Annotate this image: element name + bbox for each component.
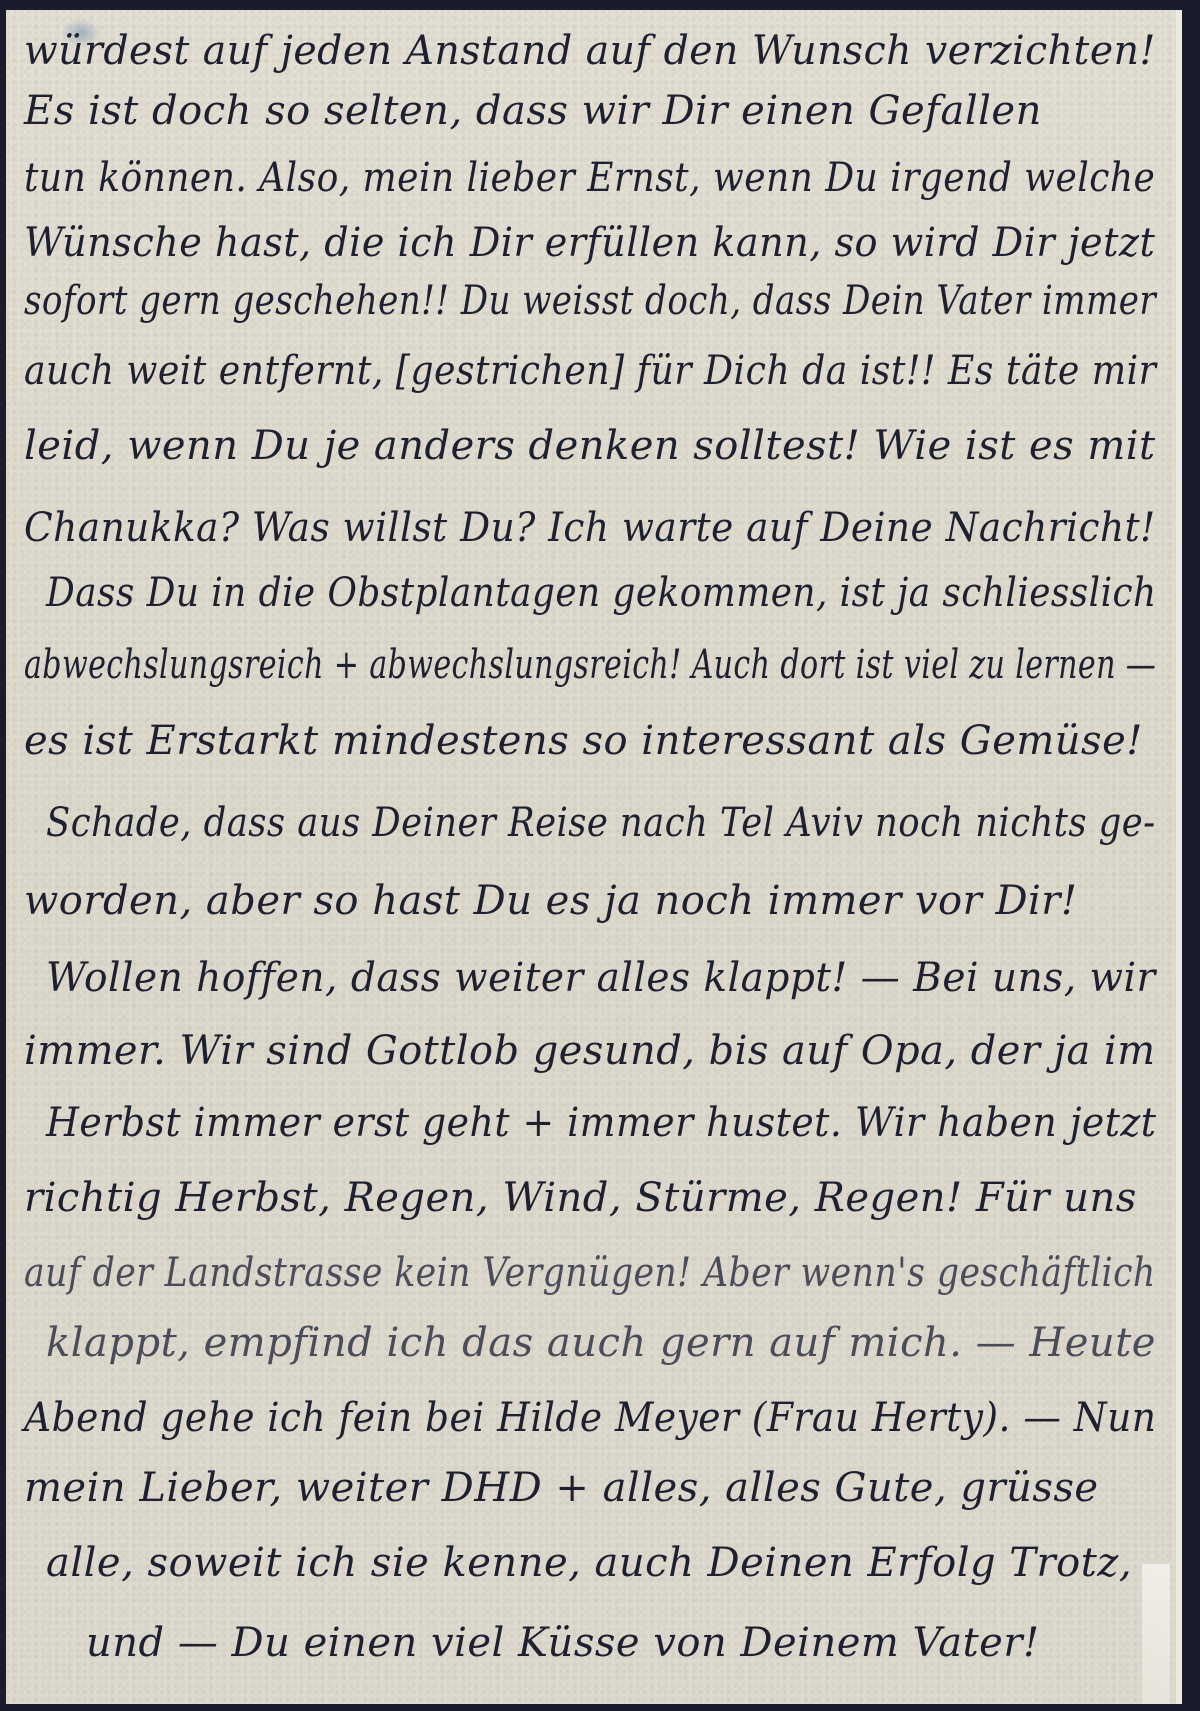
- closing-signature-line: und — Du einen viel Küsse von Deinem Vat…: [86, 1620, 1040, 1666]
- letter-page: würdest auf jeden Anstand auf den Wunsch…: [6, 10, 1182, 1704]
- text-line-6: auch weit entfernt, [gestrichen] für Dic…: [24, 348, 1156, 394]
- text-line-16: Herbst immer erst geht + immer hustet. W…: [46, 1100, 1156, 1146]
- text-line-13: worden, aber so hast Du es ja noch immer…: [24, 878, 1078, 924]
- text-line-18: auf der Landstrasse kein Vergnügen! Aber…: [24, 1250, 1156, 1296]
- text-line-10: abwechslungsreich + abwechslungsreich! A…: [24, 642, 1156, 688]
- text-line-1: würdest auf jeden Anstand auf den Wunsch…: [24, 28, 1156, 74]
- text-line-20: Abend gehe ich fein bei Hilde Meyer (Fra…: [24, 1395, 1156, 1441]
- text-line-22: alle, soweit ich sie kenne, auch Deinen …: [46, 1540, 1132, 1586]
- text-line-2: Es ist doch so selten, dass wir Dir eine…: [24, 88, 1042, 134]
- text-line-15: immer. Wir sind Gottlob gesund, bis auf …: [24, 1028, 1156, 1074]
- text-line-21: mein Lieber, weiter DHD + alles, alles G…: [24, 1465, 1099, 1511]
- text-line-19: klappt, empfind ich das auch gern auf mi…: [46, 1320, 1156, 1366]
- text-line-8: Chanukka? Was willst Du? Ich warte auf D…: [24, 505, 1156, 551]
- text-line-7: leid, wenn Du je anders denken solltest!…: [24, 423, 1156, 469]
- text-line-17: richtig Herbst, Regen, Wind, Stürme, Reg…: [24, 1175, 1137, 1221]
- text-line-3: tun können. Also, mein lieber Ernst, wen…: [24, 155, 1155, 201]
- text-line-14: Wollen hoffen, dass weiter alles klappt!…: [46, 955, 1156, 1001]
- handwritten-text-body: würdest auf jeden Anstand auf den Wunsch…: [6, 10, 1176, 1704]
- text-line-12: Schade, dass aus Deiner Reise nach Tel A…: [46, 800, 1156, 846]
- text-line-11: es ist Erstarkt mindestens so interessan…: [24, 718, 1143, 764]
- text-line-5: sofort gern geschehen!! Du weisst doch, …: [24, 278, 1156, 324]
- text-line-9: Dass Du in die Obstplantagen gekommen, i…: [46, 570, 1157, 616]
- text-line-4: Wünsche hast, die ich Dir erfüllen kann,…: [24, 220, 1155, 266]
